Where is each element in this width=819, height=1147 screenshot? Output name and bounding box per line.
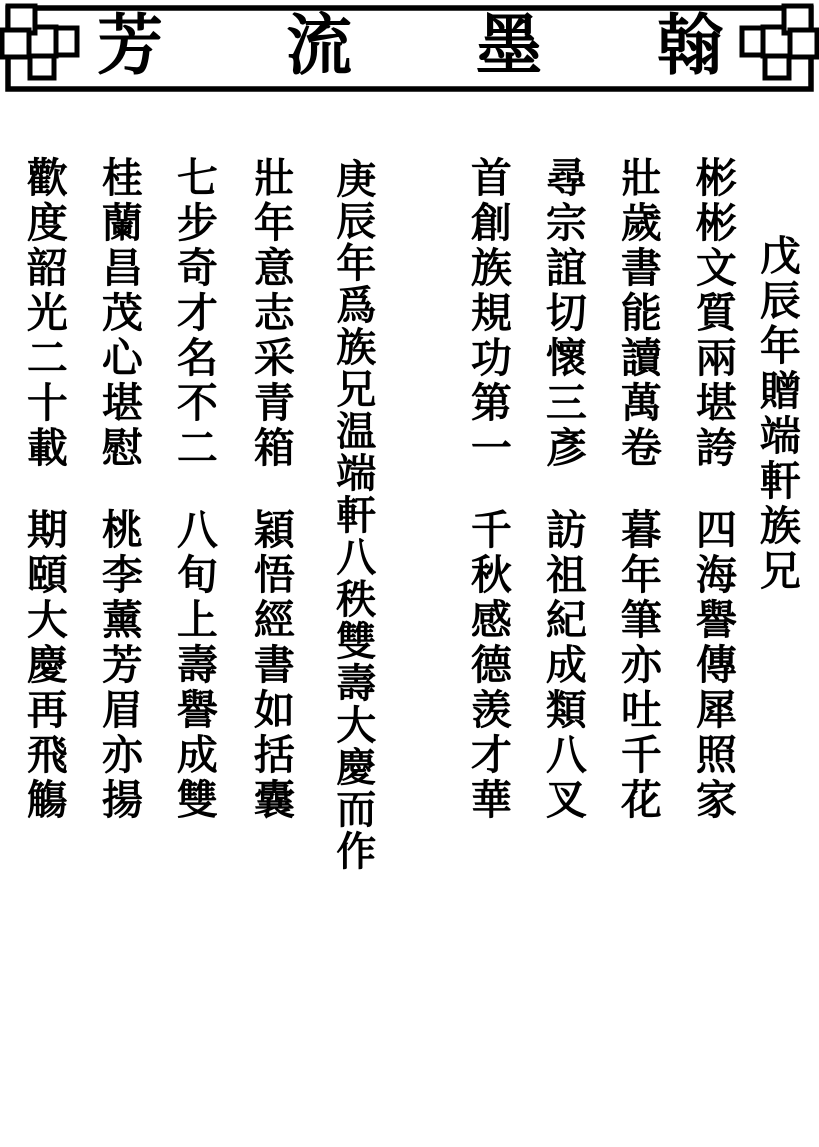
poem-left-line-6-column: 桃李薰芳眉亦揚 <box>95 508 141 823</box>
poem-left-line-3-column: 七步奇才名不二 <box>170 156 216 471</box>
banner-char-3: 墨 <box>474 12 544 78</box>
poem-right-line-1-column: 彬彬文質兩堪誇 <box>689 156 735 471</box>
poem-right-line-7-column: 首創族規功第一 <box>464 156 510 471</box>
poem-right-line-5-column: 尋宗誼切懷三彥 <box>539 156 585 471</box>
poem-right-line-4-column: 暮年筆亦吐千花 <box>614 508 660 823</box>
poem-right-line-2-column: 四海譽傳犀照家 <box>689 508 735 823</box>
poem-left-line-2-column: 穎悟經書如括囊 <box>247 508 293 823</box>
poem-left-line-4-column: 八旬上壽譽成雙 <box>170 508 216 823</box>
poem-left-line-8-column: 期頤大慶再飛觴 <box>20 508 66 823</box>
poem-left-line-7-column: 歡度韶光二十載 <box>20 156 66 471</box>
poem-left-dedication-column: 庚辰年爲族兄温端軒八秩雙壽大慶而作 <box>330 158 375 872</box>
page: 芳 流 墨 翰 戊辰年贈端軒族兄 彬彬文質兩堪誇 四海譽傳犀照家 壯歲書能讀萬卷… <box>0 0 819 1147</box>
poem-left-line-1-column: 壯年意志采青箱 <box>247 156 293 471</box>
poem-left-line-5-column: 桂蘭昌茂心堪慰 <box>95 156 141 471</box>
banner-char-2: 流 <box>284 12 354 78</box>
poem-right-line-3-column: 壯歲書能讀萬卷 <box>614 156 660 471</box>
banner-char-4: 翰 <box>655 12 725 78</box>
banner-char-1: 芳 <box>95 12 165 78</box>
poem-right-line-8-column: 千秋感德羡才華 <box>464 508 510 823</box>
knot-ornament-right-icon <box>742 6 817 78</box>
poem-right-dedication-column: 戊辰年贈端軒族兄 <box>753 234 799 594</box>
poem-right-line-6-column: 訪祖紀成類八叉 <box>539 508 585 823</box>
knot-ornament-left-icon <box>2 6 77 78</box>
